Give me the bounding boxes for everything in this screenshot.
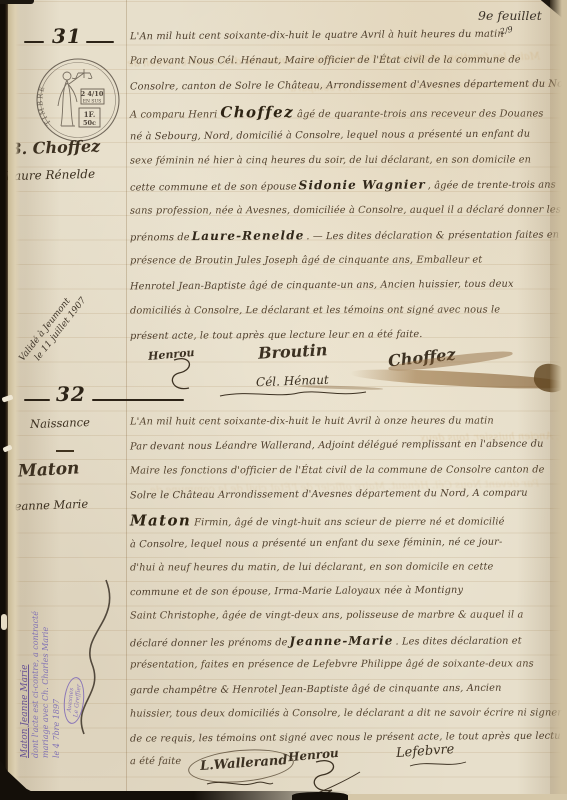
signature-underline-flourish-icon (408, 756, 468, 770)
revenue-stamp: 2 4/10 EN SUS 1F. 50c TIMBRE (34, 56, 122, 144)
act2-line: Maire les fonctions d'officier de l'État… (130, 464, 545, 476)
corner-shadow-top-left (0, 0, 34, 4)
act1-line: Par devant Nous Cél. Hénaut, Maire offic… (130, 54, 521, 66)
register-page: Maire les fonctions d'officier de l'État… (0, 0, 567, 800)
page-edge-right (550, 0, 567, 800)
act2-line-with-name: déclaré donner les prénoms deJeanne-Mari… (130, 633, 522, 650)
bottom-edge-paper (348, 794, 567, 800)
divider-dash (86, 41, 114, 43)
line-pre: déclaré donner les prénoms de (130, 637, 288, 649)
line-post: , âgée de trente-trois ans (428, 180, 556, 192)
line-post: . — Les dites déclaration & présentation… (306, 230, 559, 243)
stamp-value-bottom2: 50c (83, 119, 96, 127)
act2-line: Par devant nous Léandre Wallerand, Adjoi… (130, 439, 544, 453)
line-pre: prénoms de (130, 232, 190, 243)
signature-paraph-icon (168, 356, 198, 396)
divider-dash (24, 399, 50, 401)
mother-name: Sidonie Wagnier (299, 177, 426, 192)
stamp-value-top2: EN SUS (83, 99, 102, 105)
divider-dash-long (92, 399, 184, 401)
act2-margin-type: Naissance (30, 415, 90, 431)
declarant-name: Maton (130, 511, 191, 529)
diagonal-verification-note: Validé à Jeumont le 11 juillet 1907 (17, 246, 122, 371)
act2-line: garde champêtre & Henrotel Jean-Baptiste… (130, 683, 502, 697)
stamp-value-bottom: 1F. (84, 110, 96, 119)
folio-label: 9e feuillet (478, 8, 542, 23)
act1-number: 31 (52, 24, 82, 48)
svg-text:TIMBRE: TIMBRE (36, 84, 52, 126)
margin-dash (56, 450, 74, 452)
line-pre: A comparu Henri (130, 109, 217, 120)
act2-line-with-name: MatonFirmin, âgé de vingt-huit ans scieu… (130, 511, 505, 530)
act2-line: Saint Christophe, âgée de vingt-deux ans… (130, 609, 523, 621)
act2-line: commune et de son épouse, Irma-Marie Lal… (130, 585, 463, 598)
act2-line: L'An mil huit cent soixante-dix-huit le … (130, 416, 494, 428)
line-pre: cette commune et de son épouse (130, 181, 297, 193)
mention-line: mariage avec Ch. Charles Marie (41, 548, 52, 758)
act1-line-with-name: cette commune et de son épouseSidonie Wa… (130, 177, 556, 194)
note-line2: le 11 juillet 1907 (26, 254, 122, 372)
act2-line: de ce requis, les témoins ont signé avec… (130, 730, 567, 744)
clerk-flourish-icon (58, 572, 120, 744)
act1-line: domiciliés à Consolre, Le déclarant et l… (130, 305, 500, 317)
act1-line: sexe féminin né hier à cinq heures du so… (130, 154, 531, 166)
act1-line: né à Sebourg, Nord, domicilié à Consolre… (130, 129, 530, 143)
act2-line: d'hui à neuf heures du matin, de lui déc… (130, 562, 493, 574)
mention-name: Maton Jeanne Marie (20, 548, 31, 758)
stamp-side-label: TIMBRE (36, 84, 52, 126)
line-post: âgé de quarante-trois ans receveur des D… (297, 108, 544, 120)
bottom-edge-blob (292, 792, 348, 800)
line-post: Firmin, âgé de vingt-huit ans scieur de … (194, 517, 504, 529)
act2-margin-surname: Maton (18, 458, 80, 481)
divider-dash (24, 41, 44, 43)
act2-line: à Consolre, lequel nous a présenté un en… (130, 537, 502, 551)
act2-line: huissier, tous deux domiciliés à Consolr… (130, 707, 562, 719)
signature-underline-flourish-icon (205, 778, 275, 790)
child-name: Laure-Renelde (192, 228, 305, 243)
act1-line: Henrotel Jean-Baptiste âgé de cinquante-… (130, 279, 514, 293)
act1-line: présence de Broutin Jules Joseph âgé de … (130, 255, 482, 267)
note-line1: Validé à Jeumont (17, 246, 113, 364)
stamp-value-top: 2 4/10 (81, 90, 104, 98)
act2-number: 32 (56, 382, 86, 406)
act2-line: a été faite (130, 756, 181, 767)
act1-line-with-name: A comparu HenriChoffezâgé de quarante-tr… (130, 102, 544, 121)
act1-line-with-name: prénoms deLaure-Renelde. — Les dites déc… (130, 227, 559, 244)
act2-margin-firstname: Jeanne Marie (10, 497, 89, 514)
mention-line: dont l'acte est ci-contre, a contracté (31, 548, 42, 758)
line-post: . Les dites déclaration et (395, 636, 521, 648)
stitch-thread (1, 614, 7, 630)
act1-line: présent acte, le tout après que lecture … (130, 329, 423, 342)
act1-line: L'An mil huit cent soixante-dix-huit le … (130, 29, 504, 43)
declarant-name: Choffez (220, 103, 294, 121)
act1-margin-surname: B. Choffez (8, 136, 101, 158)
child-name: Jeanne-Marie (289, 634, 393, 649)
act2-line: présentation, faites en présence de Lefe… (130, 658, 534, 670)
signature-underline-flourish-icon (218, 388, 368, 400)
signature-witness2: Broutin (258, 340, 328, 363)
act1-line: sans profession, née à Avesnes, domicili… (130, 204, 561, 216)
act2-line: Solre le Château Arrondissement d'Avesne… (130, 488, 528, 502)
